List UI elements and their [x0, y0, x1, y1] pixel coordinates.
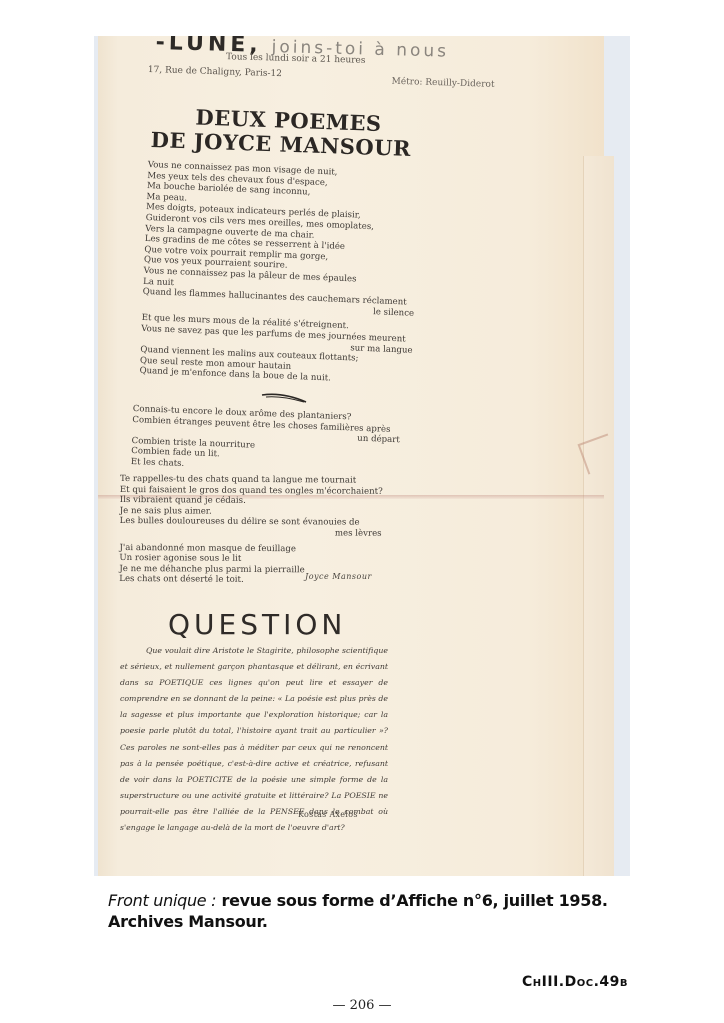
page-number: — 206 — [0, 998, 724, 1013]
archival-document-photo: -LUNE,joins-toi à nous Tous les lundi so… [94, 36, 630, 876]
poster-content: -LUNE,joins-toi à nous Tous les lundi so… [98, 36, 604, 876]
caption-text: revue sous forme d’Affiche n°6, juillet … [216, 891, 608, 910]
metro-station: Métro: Reuilly-Diderot [391, 77, 494, 90]
caption-source: Archives Mansour. [108, 912, 268, 931]
poem-2: Connais-tu encore le doux arôme des plan… [131, 404, 401, 478]
paper-sheet: -LUNE,joins-toi à nous Tous les lundi so… [98, 36, 604, 876]
document-reference: ChIII.Doc.49b [522, 974, 628, 990]
poem-line: Les bulles douloureuses du délire se son… [120, 516, 382, 528]
question-author: Kostas Axelos [298, 810, 358, 819]
poem-section-title: DEUX POEMES DE JOYCE MANSOUR [150, 104, 412, 161]
address-line: 17, Rue de Chaligny, Paris-12 Métro: Reu… [148, 65, 538, 87]
poem-1: Vous ne connaissez pas mon visage de nui… [139, 160, 419, 388]
poem-2-continued: Te rappelles-tu des chats quand ta langu… [119, 474, 382, 587]
address: 17, Rue de Chaligny, Paris-12 [148, 65, 282, 79]
flourish-ornament-icon [260, 392, 308, 404]
poem-signature: Joyce Mansour [305, 572, 372, 581]
figure-caption: Front unique : revue sous forme d’Affich… [108, 890, 608, 932]
caption-journal-title: Front unique : [108, 891, 216, 910]
question-title: QUESTION [168, 608, 346, 641]
question-paragraph: Que voulait dire Aristote le Stagirite, … [120, 643, 388, 836]
question-body: Que voulait dire Aristote le Stagirite, … [120, 643, 388, 836]
